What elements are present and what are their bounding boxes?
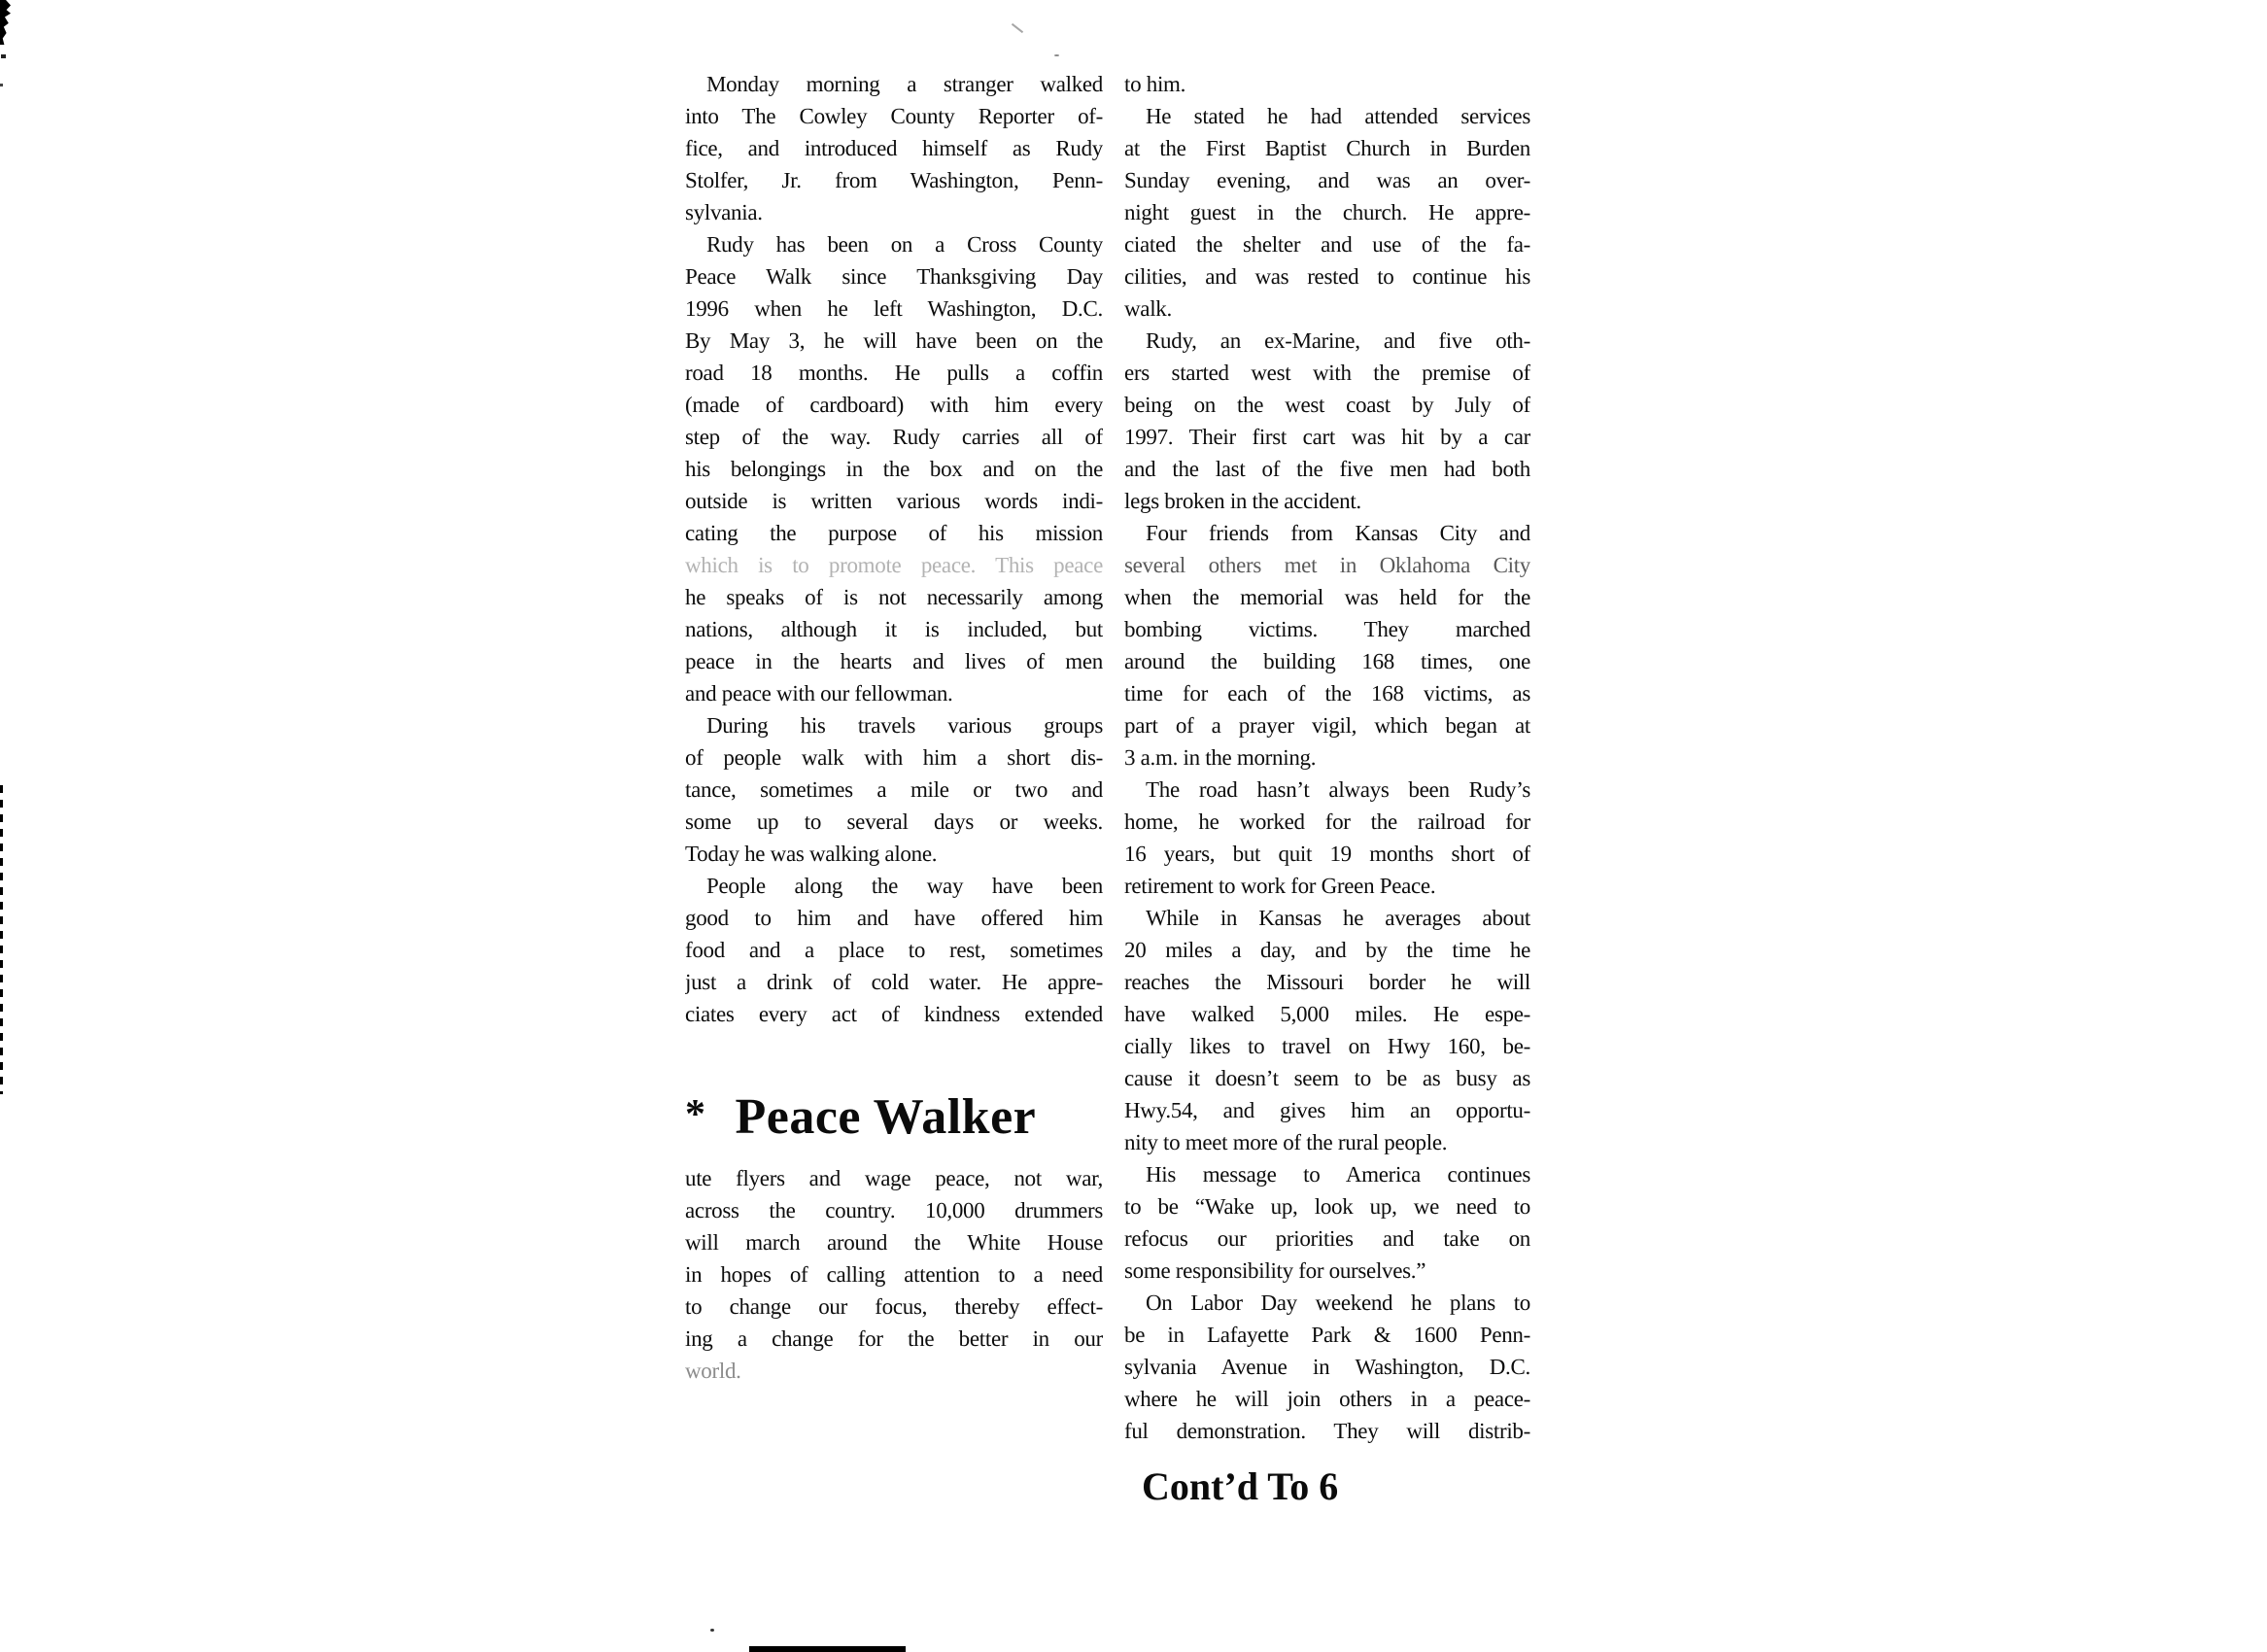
text-line: walk. bbox=[1124, 293, 1530, 325]
text-line: road 18 months. He pulls a coffin bbox=[685, 357, 1103, 389]
text-line: step of the way. Rudy carries all of bbox=[685, 421, 1103, 453]
text-line: ciated the shelter and use of the fa- bbox=[1124, 228, 1530, 260]
text-line: home, he worked for the railroad for bbox=[1124, 806, 1530, 838]
text-line: where he will join others in a peace- bbox=[1124, 1383, 1530, 1415]
text-line: The road hasn’t always been Rudy’s bbox=[1124, 774, 1530, 806]
text-line: time for each of the 168 victims, as bbox=[1124, 677, 1530, 709]
headline-title: Peace Walker bbox=[736, 1089, 1037, 1145]
text-line: which is to promote peace. This peace bbox=[685, 549, 1103, 581]
text-line: ers started west with the premise of bbox=[1124, 357, 1530, 389]
text-line: cilities, and was rested to continue his bbox=[1124, 260, 1530, 293]
text-line: across the country. 10,000 drummers bbox=[685, 1194, 1103, 1226]
article-headline: *Peace Walker bbox=[685, 1084, 1132, 1148]
text-line: By May 3, he will have been on the bbox=[685, 325, 1103, 357]
text-line: just a drink of cold water. He appre- bbox=[685, 966, 1103, 998]
text-line: On Labor Day weekend he plans to bbox=[1124, 1287, 1530, 1319]
text-line: be in Lafayette Park & 1600 Penn- bbox=[1124, 1319, 1530, 1351]
text-line: world. bbox=[685, 1355, 1103, 1387]
text-line: Sunday evening, and was an over- bbox=[1124, 164, 1530, 196]
text-line: 3 a.m. in the morning. bbox=[1124, 741, 1530, 774]
text-line: outside is written various words indi- bbox=[685, 485, 1103, 517]
text-line: nity to meet more of the rural people. bbox=[1124, 1126, 1530, 1158]
right-column-text: to him.He stated he had attended service… bbox=[1124, 68, 1530, 1447]
text-line: 16 years, but quit 19 months short of bbox=[1124, 838, 1530, 870]
text-line: being on the west coast by July of bbox=[1124, 389, 1530, 421]
text-line: Rudy, an ex-Marine, and five oth- bbox=[1124, 325, 1530, 357]
text-line: night guest in the church. He appre- bbox=[1124, 196, 1530, 228]
text-line: retirement to work for Green Peace. bbox=[1124, 870, 1530, 902]
scan-black-bar bbox=[749, 1646, 906, 1652]
newspaper-page: Monday morning a stranger walkedinto The… bbox=[0, 0, 2267, 1652]
text-line: nations, although it is included, but bbox=[685, 613, 1103, 645]
text-line: food and a place to rest, sometimes bbox=[685, 934, 1103, 966]
text-line: his belongings in the box and on the bbox=[685, 453, 1103, 485]
text-line: legs broken in the accident. bbox=[1124, 485, 1530, 517]
text-line: fice, and introduced himself as Rudy bbox=[685, 132, 1103, 164]
text-line: part of a prayer vigil, which began at bbox=[1124, 709, 1530, 741]
text-line: His message to America continues bbox=[1124, 1158, 1530, 1190]
text-line: have walked 5,000 miles. He espe- bbox=[1124, 998, 1530, 1030]
text-line: when the memorial was held for the bbox=[1124, 581, 1530, 613]
text-line: into The Cowley County Reporter of- bbox=[685, 100, 1103, 132]
text-line: During his travels various groups bbox=[685, 709, 1103, 741]
text-line: around the building 168 times, one bbox=[1124, 645, 1530, 677]
text-line: to change our focus, thereby effect- bbox=[685, 1291, 1103, 1323]
text-line: at the First Baptist Church in Burden bbox=[1124, 132, 1530, 164]
text-line: People along the way have been bbox=[685, 870, 1103, 902]
text-line: Hwy.54, and gives him an opportu- bbox=[1124, 1094, 1530, 1126]
text-line: he speaks of is not necessarily among bbox=[685, 581, 1103, 613]
text-line: several others met in Oklahoma City bbox=[1124, 549, 1530, 581]
scan-speck bbox=[0, 84, 3, 86]
text-line: tance, sometimes a mile or two and bbox=[685, 774, 1103, 806]
text-line: 1997. Their first cart was hit by a car bbox=[1124, 421, 1530, 453]
text-line: of people walk with him a short dis- bbox=[685, 741, 1103, 774]
left-column-continuation-text: ute flyers and wage peace, not war,acros… bbox=[685, 1162, 1103, 1387]
scan-speck bbox=[1054, 54, 1059, 56]
scan-speck bbox=[1, 54, 6, 58]
scan-scratch bbox=[1012, 23, 1023, 33]
text-line: and peace with our fellowman. bbox=[685, 677, 1103, 709]
continued-notice: Cont’d To 6 bbox=[1142, 1463, 1338, 1510]
text-line: ute flyers and wage peace, not war, bbox=[685, 1162, 1103, 1194]
text-line: cially likes to travel on Hwy 160, be- bbox=[1124, 1030, 1530, 1062]
scan-edge-dashed-line bbox=[0, 785, 3, 1094]
text-line: 1996 when he left Washington, D.C. bbox=[685, 293, 1103, 325]
scan-speck bbox=[710, 1629, 714, 1632]
text-line: in hopes of calling attention to a need bbox=[685, 1258, 1103, 1291]
text-line: While in Kansas he averages about bbox=[1124, 902, 1530, 934]
text-line: sylvania Avenue in Washington, D.C. bbox=[1124, 1351, 1530, 1383]
text-line: will march around the White House bbox=[685, 1226, 1103, 1258]
text-line: some responsibility for ourselves.” bbox=[1124, 1255, 1530, 1287]
text-line: some up to several days or weeks. bbox=[685, 806, 1103, 838]
text-line: cause it doesn’t seem to be as busy as bbox=[1124, 1062, 1530, 1094]
text-line: sylvania. bbox=[685, 196, 1103, 228]
text-line: reaches the Missouri border he will bbox=[1124, 966, 1530, 998]
text-line: cating the purpose of his mission bbox=[685, 517, 1103, 549]
text-line: Peace Walk since Thanksgiving Day bbox=[685, 260, 1103, 293]
text-line: refocus our priorities and take on bbox=[1124, 1222, 1530, 1255]
text-line: ciates every act of kindness extended bbox=[685, 998, 1103, 1030]
left-column-text: Monday morning a stranger walkedinto The… bbox=[685, 68, 1103, 1030]
text-line: to be “Wake up, look up, we need to bbox=[1124, 1190, 1530, 1222]
text-line: Four friends from Kansas City and bbox=[1124, 517, 1530, 549]
text-line: and the last of the five men had both bbox=[1124, 453, 1530, 485]
text-line: 20 miles a day, and by the time he bbox=[1124, 934, 1530, 966]
scan-ink-mark-top-left bbox=[0, 0, 11, 45]
text-line: good to him and have offered him bbox=[685, 902, 1103, 934]
text-line: (made of cardboard) with him every bbox=[685, 389, 1103, 421]
text-line: Monday morning a stranger walked bbox=[685, 68, 1103, 100]
text-line: Stolfer, Jr. from Washington, Penn- bbox=[685, 164, 1103, 196]
asterisk-marker: * bbox=[685, 1092, 706, 1137]
text-line: He stated he had attended services bbox=[1124, 100, 1530, 132]
text-line: to him. bbox=[1124, 68, 1530, 100]
text-line: Today he was walking alone. bbox=[685, 838, 1103, 870]
text-line: ful demonstration. They will distrib- bbox=[1124, 1415, 1530, 1447]
text-line: bombing victims. They marched bbox=[1124, 613, 1530, 645]
text-line: peace in the hearts and lives of men bbox=[685, 645, 1103, 677]
text-line: Rudy has been on a Cross County bbox=[685, 228, 1103, 260]
text-line: ing a change for the better in our bbox=[685, 1323, 1103, 1355]
